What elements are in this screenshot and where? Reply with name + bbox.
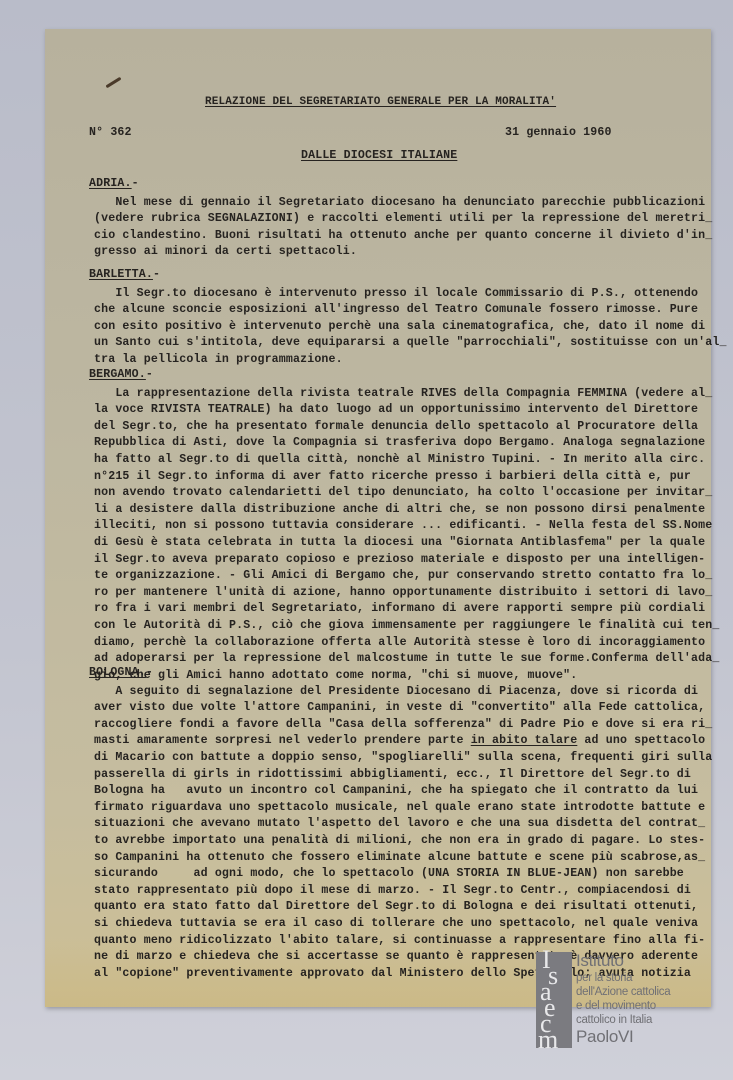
text-line: masti amaramente sorpresi nel vederlo pr… xyxy=(94,733,705,749)
logo-text-line: Istituto xyxy=(576,952,624,970)
text-line: Il Segr.to diocesano è intervenuto press… xyxy=(94,286,698,302)
text-line: situazioni che avevano mutato l'aspetto … xyxy=(94,816,705,832)
document-subtitle: DALLE DIOCESI ITALIANE xyxy=(301,148,457,164)
text-line: gio, che gli Amici hanno adottato come n… xyxy=(94,668,577,684)
text-line: Bologna ha avuto un incontro col Campani… xyxy=(94,783,698,799)
section-heading: BARLETTA.- xyxy=(89,267,160,283)
text-line: te organizzazione. - Gli Amici di Bergam… xyxy=(94,568,712,584)
text-line: con esito positivo è intervenuto perchè … xyxy=(94,319,705,335)
section-heading: BERGAMO.- xyxy=(89,367,153,383)
text-line: il Segr.to aveva preparato copioso e pre… xyxy=(94,552,705,568)
text-line: ha fatto al Segr.to di quella città, non… xyxy=(94,452,705,468)
text-line: diamo, perchè la collaborazione offerta … xyxy=(94,635,705,651)
pencil-mark xyxy=(105,77,121,89)
text-line: un Santo cui s'intitola, deve equiparars… xyxy=(94,335,727,351)
logo-text-line: per la storia xyxy=(576,972,632,985)
text-line: ro fra i vari membri del Segretariato, i… xyxy=(94,601,705,617)
text-line: quanto era stato fatto dal Direttore del… xyxy=(94,899,698,915)
text-line: del Segr.to, che ha presentato formale d… xyxy=(94,419,698,435)
text-line: (vedere rubrica SEGNALAZIONI) e raccolti… xyxy=(94,211,712,227)
text-line: passerella di girls in ridottissimi abbi… xyxy=(94,767,691,783)
text-line: to avrebbe importato una penalità di mil… xyxy=(94,833,705,849)
section-heading: ADRIA.- xyxy=(89,176,139,192)
section-heading: BOLOGNA.- xyxy=(89,665,153,681)
document-date: 31 gennaio 1960 xyxy=(505,125,612,141)
text-line: di Macario con battute a doppio senso, "… xyxy=(94,750,712,766)
text-line: si chiedeva tuttavia se era il caso di t… xyxy=(94,916,698,932)
text-line: gresso ai minori da certi spettacoli. xyxy=(94,244,357,260)
text-line: che alcune sconcie esposizioni all'ingre… xyxy=(94,302,698,318)
text-line: ad adoperarsi per la repressione del mal… xyxy=(94,651,719,667)
text-line: stato rappresentato più dopo il mese di … xyxy=(94,883,691,899)
text-line: cio clandestino. Buoni risultati ha otte… xyxy=(94,228,712,244)
text-line: A seguito di segnalazione del Presidente… xyxy=(94,684,698,700)
logo-letter: m xyxy=(538,1030,558,1050)
text-line: non avendo trovato calendarietti del tip… xyxy=(94,485,712,501)
text-line: di Gesù è stata celebrata in tutta la di… xyxy=(94,535,705,551)
text-line: firmato riguardava uno spettacolo musica… xyxy=(94,800,705,816)
text-line: la voce RIVISTA TEATRALE) ha dato luogo … xyxy=(94,402,698,418)
text-line: raccogliere fondi a favore della "Casa d… xyxy=(94,717,712,733)
document-number: N° 362 xyxy=(89,125,132,141)
text-line: Repubblica di Asti, dove la Compagnia si… xyxy=(94,435,705,451)
logo-text-line: PaoloVI xyxy=(576,1028,633,1046)
text-line: aver visto due volte l'attore Campanini,… xyxy=(94,700,705,716)
text-line: so Campanini ha ottenuto che fossero eli… xyxy=(94,850,705,866)
text-line: ro per mantenere l'unità di azione, hann… xyxy=(94,585,712,601)
text-line: La rappresentazione della rivista teatra… xyxy=(94,386,712,402)
text-line: illeciti, non si possono tuttavia consid… xyxy=(94,518,712,534)
logo-text-line: e del movimento xyxy=(576,1000,656,1013)
isacem-watermark-logo: Isaecm Istitutoper la storiadell'Azione … xyxy=(536,952,696,1052)
logo-text-line: cattolico in Italia xyxy=(576,1014,652,1027)
text-line: Nel mese di gennaio il Segretariato dioc… xyxy=(94,195,705,211)
document-header-title: RELAZIONE DEL SEGRETARIATO GENERALE PER … xyxy=(205,94,556,110)
text-line: n°215 il Segr.to informa di aver fatto r… xyxy=(94,469,691,485)
logo-text-line: dell'Azione cattolica xyxy=(576,986,670,999)
text-line: tra la pellicola in programmazione. xyxy=(94,352,343,368)
text-line: sicurando ad ogni modo, che lo spettacol… xyxy=(94,866,684,882)
text-line: li a desistere dalla distribuzione anche… xyxy=(94,502,705,518)
text-line: con le Autorità di P.S., ciò che giova i… xyxy=(94,618,719,634)
text-line: quanto meno ridicolizzato l'abito talare… xyxy=(94,933,705,949)
